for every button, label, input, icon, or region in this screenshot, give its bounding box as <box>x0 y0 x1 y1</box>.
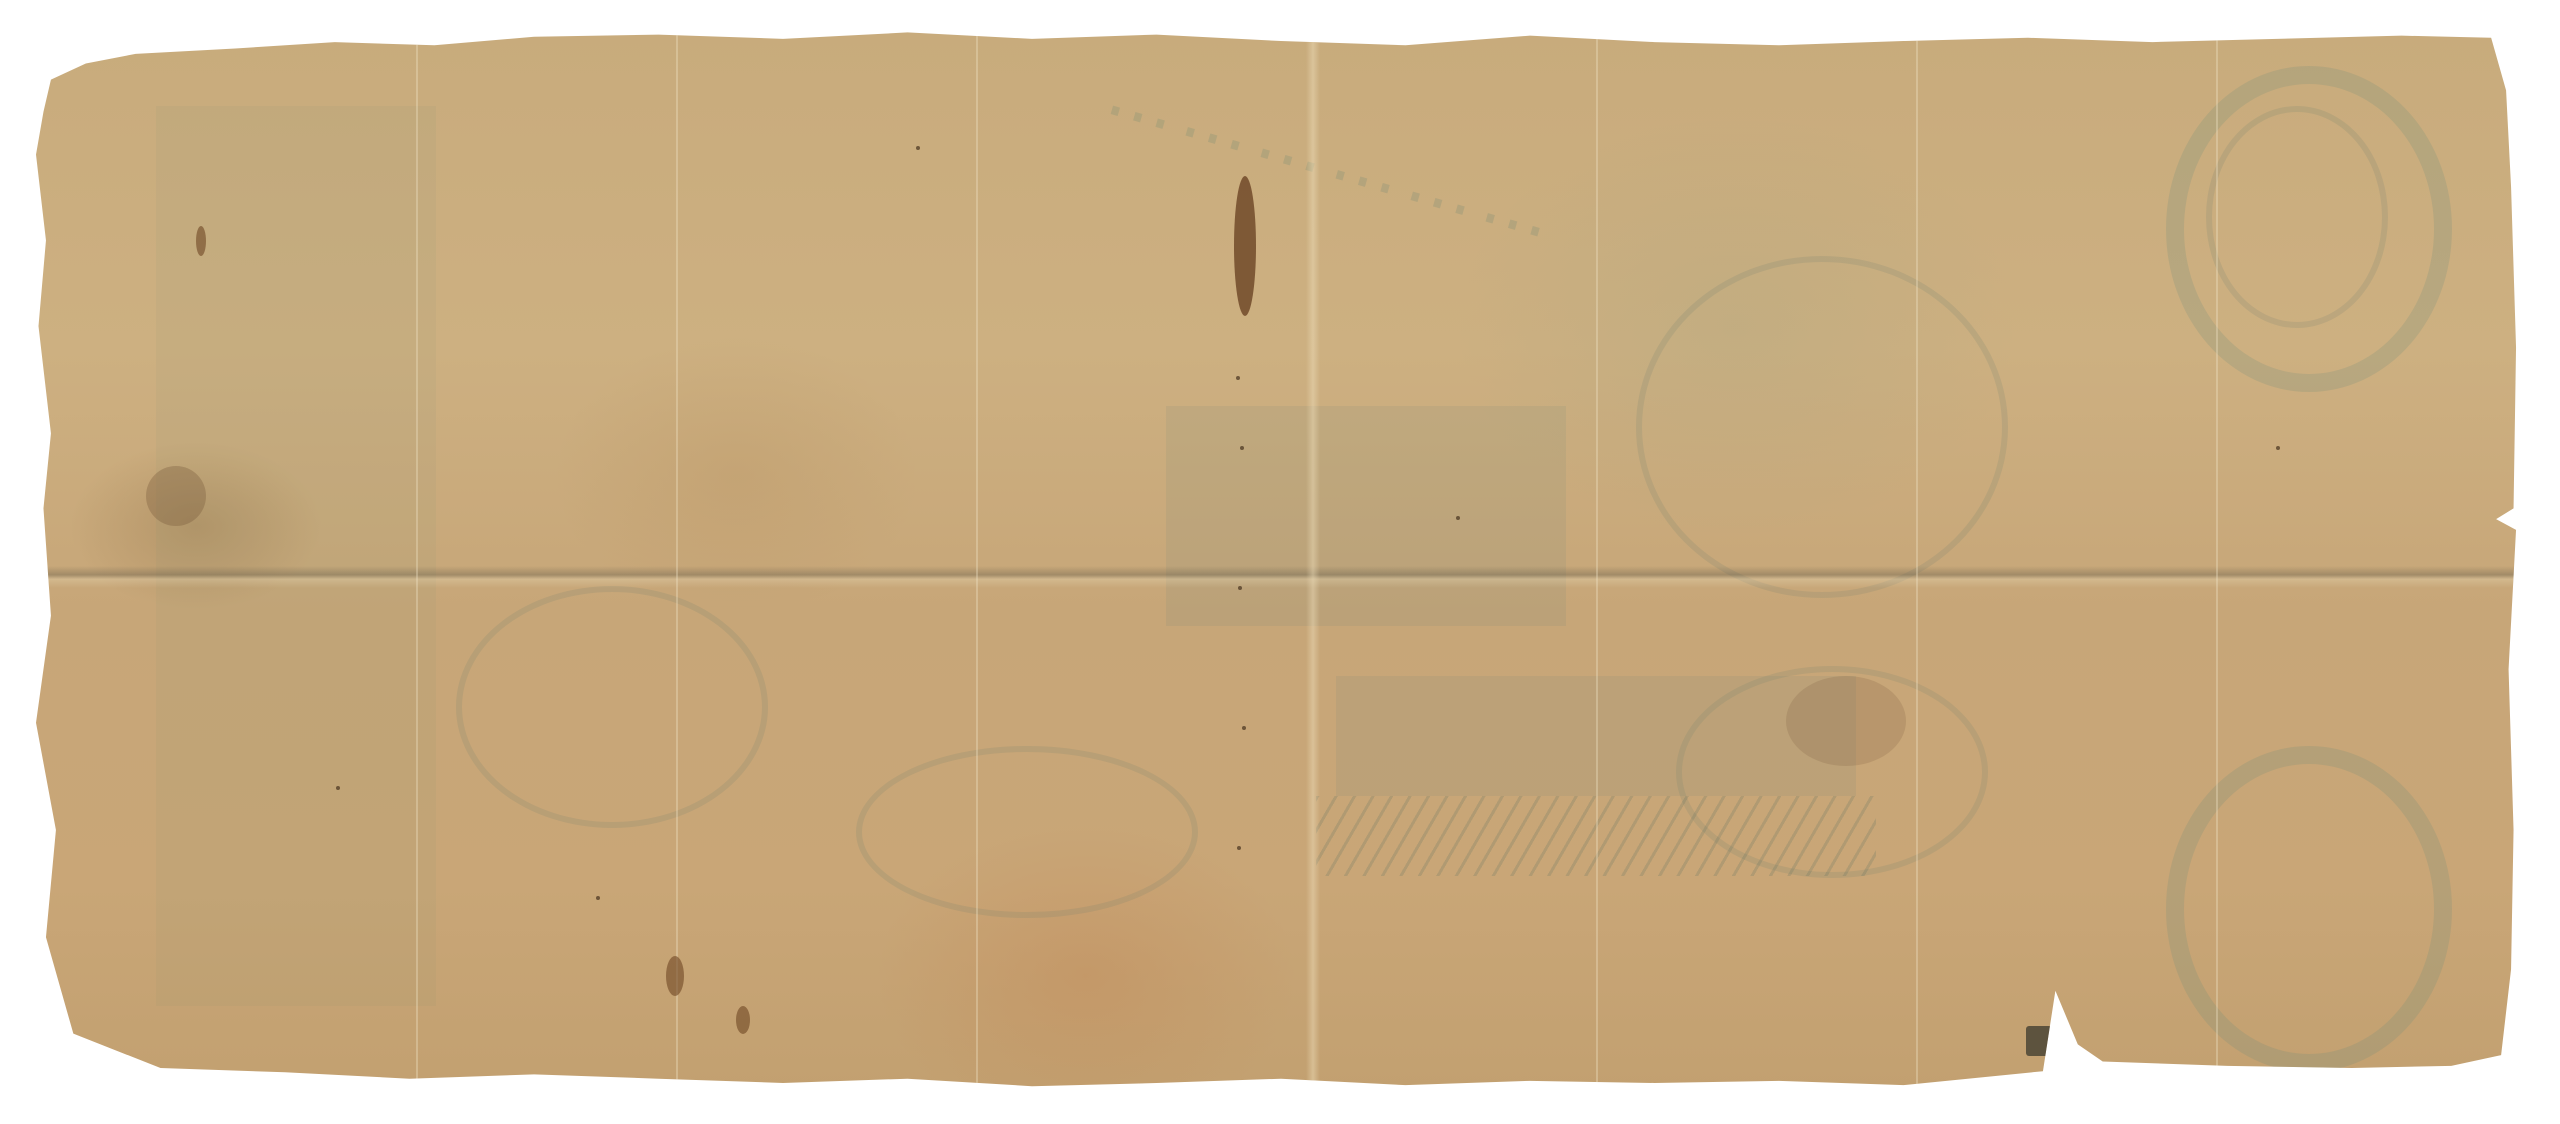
speck <box>916 146 920 150</box>
speck <box>336 786 340 790</box>
stain-faint <box>1786 676 1906 766</box>
speck <box>2276 446 2280 450</box>
stain-small <box>196 226 206 256</box>
speck <box>1456 516 1460 520</box>
crease <box>2216 26 2218 1098</box>
speck <box>596 896 600 900</box>
speck <box>1240 446 1244 450</box>
crease <box>1916 26 1918 1098</box>
stain-small <box>736 1006 750 1034</box>
vignette-left-lower <box>856 746 1198 918</box>
showthrough-block-top <box>1166 406 1566 626</box>
vertical-fold-center <box>1306 26 1320 1098</box>
speck <box>1238 586 1242 590</box>
crease <box>1596 26 1598 1098</box>
horizontal-fold <box>36 566 2526 588</box>
vignette-left <box>456 586 768 828</box>
vignette-center-right <box>1636 256 2008 598</box>
vignette-top-right-inner <box>2206 106 2388 328</box>
crease <box>416 26 418 1098</box>
stain-faint <box>146 466 206 526</box>
torn-corner-mark <box>2026 1026 2052 1056</box>
speck <box>1242 726 1246 730</box>
mirrored-title-showthrough: ⋯⋯⋯⋯⋯⋯ <box>1093 66 1565 274</box>
stain-small <box>666 956 684 996</box>
crease <box>976 26 978 1098</box>
dark-stain-vertical <box>1234 176 1256 316</box>
banknote-reverse: ⋯⋯⋯⋯⋯⋯ <box>36 26 2526 1098</box>
photo-background: ⋯⋯⋯⋯⋯⋯ <box>0 0 2560 1124</box>
speck <box>1236 376 1240 380</box>
speck <box>1237 846 1241 850</box>
vignette-bottom-right <box>2166 746 2452 1072</box>
crease <box>676 26 678 1098</box>
